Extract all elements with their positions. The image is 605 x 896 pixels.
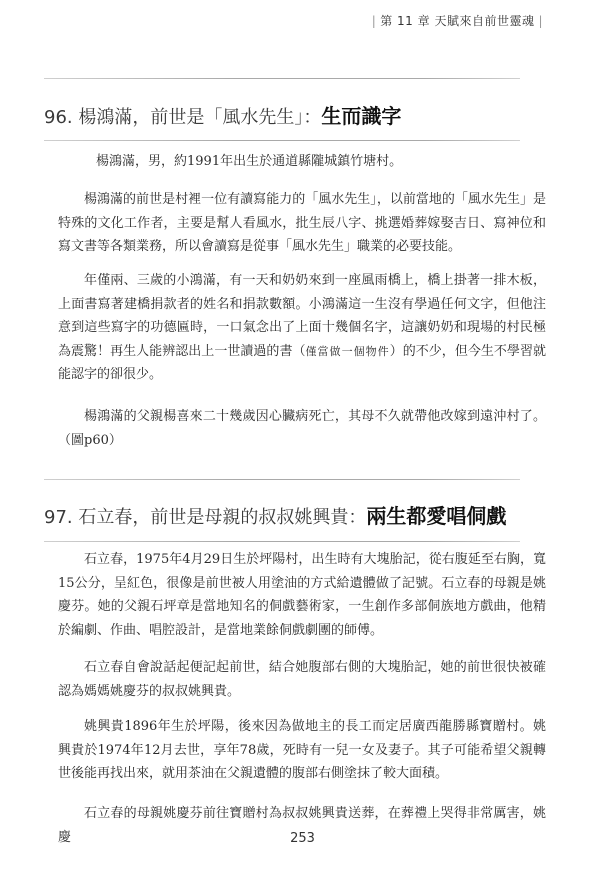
section-rule-bottom [44,541,520,542]
page-number: 253 [0,831,605,846]
chapter-title: 第 11 章 天賦來自前世靈魂 [380,14,534,28]
section-number: 96. [44,107,73,128]
section-number: 97. [44,507,73,528]
section-title-text: 楊鴻滿，前世是「風水先生」： [78,107,321,128]
divider: | [372,14,377,28]
section-title-96: 96. 楊鴻滿，前世是「風水先生」：生而識字 [44,100,401,129]
section-rule-bottom [44,140,520,141]
paragraph: 楊鴻滿的父親楊喜來二十幾歲因心臟病死亡，其母不久就帶他改嫁到遠沖村了。（圖p60… [58,405,546,452]
paragraph: 姚興貴1896年生於坪陽，後來因為做地主的長工而定居廣西龍勝縣寶贈村。姚興貴於1… [58,715,546,786]
section-title-emphasis: 生而識字 [321,104,401,128]
section-rule-top [44,78,520,79]
section-rule-top [44,479,520,480]
section-title-text: 石立春，前世是母親的叔叔姚興貴： [78,507,366,528]
paragraph: 石立春自會說話起便記起前世，結合她腹部右側的大塊胎記，她的前世很快被確認為媽媽姚… [58,656,546,703]
paragraph: 石立春，1975年4月29日生於坪陽村，出生時有大塊胎記，從右腹延至右胸，寬15… [58,548,546,642]
section-title-97: 97. 石立春，前世是母親的叔叔姚興貴：兩生都愛唱侗戲 [44,500,506,529]
paragraph-note: 僅當做一個物件 [306,345,390,358]
paragraph: 楊鴻滿的前世是村裡一位有讀寫能力的「風水先生」，以前當地的「風水先生」是特殊的文… [58,188,546,259]
paragraph: 楊鴻滿，男，約1991年出生於通道縣隴城鎮竹塘村。 [70,150,540,174]
divider: | [538,14,543,28]
paragraph: 年僅兩、三歲的小鴻滿，有一天和奶奶來到一座風雨橋上，橋上掛著一排木板，上面書寫著… [58,269,546,387]
running-head: |第 11 章 天賦來自前世靈魂| [368,12,547,29]
section-title-emphasis: 兩生都愛唱侗戲 [366,504,506,528]
